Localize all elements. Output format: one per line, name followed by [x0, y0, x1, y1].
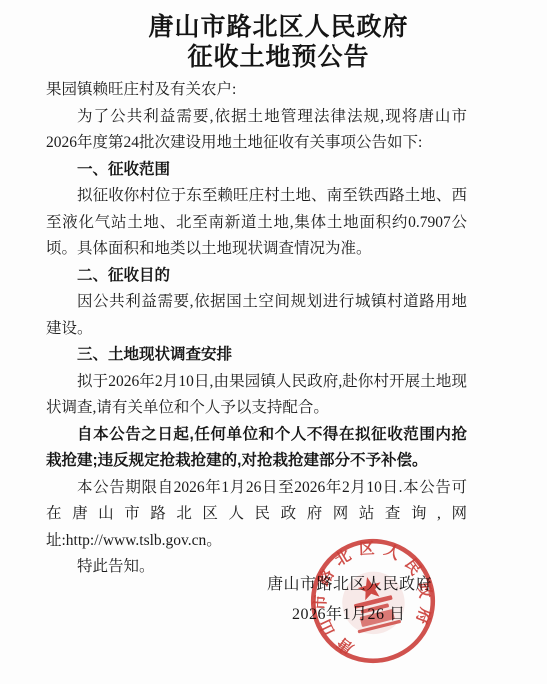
- section-heading-3: 三、土地现状调查安排: [46, 342, 467, 369]
- section-heading-2: 二、征收目的: [46, 263, 467, 290]
- document-content: 唐山市路北区人民政府 征收土地预公告 果园镇赖旺庄村及有关农户: 为了公共利益需…: [46, 12, 467, 581]
- paragraph-purpose: 因公共利益需要,依据国土空间规划进行城镇村道路用地建设。: [46, 289, 467, 342]
- paragraph-intro: 为了公共利益需要,依据土地管理法律法规,现将唐山市2026年度第24批次建设用地…: [46, 104, 467, 157]
- document-body: 果园镇赖旺庄村及有关农户: 为了公共利益需要,依据土地管理法律法规,现将唐山市2…: [46, 77, 467, 581]
- title-line-authority: 唐山市路北区人民政府: [68, 12, 489, 42]
- section-heading-1: 一、征收范围: [46, 157, 467, 184]
- scanned-document-page: 唐山市路北区人民政府 征收土地预公告 果园镇赖旺庄村及有关农户: 为了公共利益需…: [0, 0, 547, 684]
- salutation: 果园镇赖旺庄村及有关农户:: [46, 77, 467, 104]
- document-title: 唐山市路北区人民政府 征收土地预公告: [68, 12, 489, 72]
- paragraph-scope: 拟征收你村位于东至赖旺庄村土地、南至铁西路土地、西至液化气站土地、北至南新道土地…: [46, 183, 467, 263]
- paragraph-survey: 拟于2026年2月10日,由果园镇人民政府,赴你村开展土地现状调查,请有关单位和…: [46, 369, 467, 422]
- paragraph-warning: 自本公告之日起,任何单位和个人不得在拟征收范围内抢栽抢建;违反规定抢栽抢建的,对…: [46, 422, 467, 475]
- title-line-subject: 征收土地预公告: [68, 42, 489, 72]
